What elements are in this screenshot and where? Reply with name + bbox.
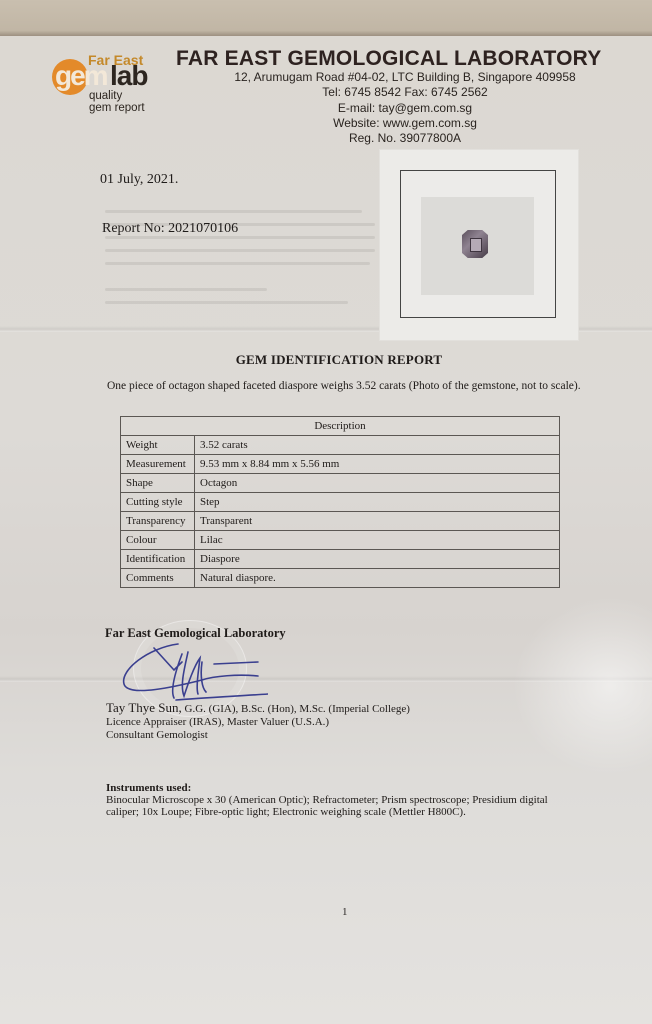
row-label: Measurement	[121, 455, 195, 474]
row-label: Identification	[121, 550, 195, 569]
signer-licence: Licence Appraiser (IRAS), Master Valuer …	[106, 716, 410, 729]
lab-website: Website: www.gem.com.sg	[200, 116, 610, 131]
signature-organization: Far East Gemological Laboratory	[105, 626, 286, 641]
gemlab-logo: Far East gem lab quality gem report	[52, 52, 157, 122]
logo-gem: gem	[55, 62, 107, 90]
row-value: Natural diaspore.	[195, 569, 560, 588]
signature-icon	[118, 640, 268, 702]
gemstone-icon	[462, 230, 488, 258]
table-row: ColourLilac	[121, 531, 560, 550]
lab-reg-no: Reg. No. 39077800A	[200, 131, 610, 146]
row-label: Transparency	[121, 512, 195, 531]
photo-border	[400, 170, 556, 318]
logo-lab: lab	[110, 62, 147, 90]
lab-name: FAR EAST GEMOLOGICAL LABORATORY	[176, 47, 621, 71]
page-number: 1	[342, 906, 348, 918]
signer-name: Tay Thye Sun,	[106, 700, 182, 715]
row-value: Lilac	[195, 531, 560, 550]
logo-tagline: quality gem report	[89, 90, 145, 114]
light-glare	[512, 596, 652, 776]
table-row: Weight3.52 carats	[121, 436, 560, 455]
table-row: IdentificationDiaspore	[121, 550, 560, 569]
instruments-label: Instruments used:	[106, 782, 566, 794]
row-label: Weight	[121, 436, 195, 455]
lab-address: 12, Arumugam Road #04-02, LTC Building B…	[200, 70, 610, 85]
table-row: CommentsNatural diaspore.	[121, 569, 560, 588]
signer-block: Tay Thye Sun, G.G. (GIA), B.Sc. (Hon), M…	[106, 701, 410, 742]
instruments-text: Binocular Microscope x 30 (American Opti…	[106, 794, 566, 818]
row-label: Colour	[121, 531, 195, 550]
table-row: ShapeOctagon	[121, 474, 560, 493]
report-intro: One piece of octagon shaped faceted dias…	[107, 379, 587, 393]
signer-title: Consultant Gemologist	[106, 729, 410, 742]
lab-email: E-mail: tay@gem.com.sg	[200, 101, 610, 116]
row-label: Cutting style	[121, 493, 195, 512]
logo-tagline-1: quality	[89, 90, 145, 102]
table-header: Description	[121, 417, 560, 436]
row-value: Diaspore	[195, 550, 560, 569]
table-row: Cutting styleStep	[121, 493, 560, 512]
logo-tagline-2: gem report	[89, 102, 145, 114]
signer-credentials: G.G. (GIA), B.Sc. (Hon), M.Sc. (Imperial…	[182, 703, 410, 715]
description-table: Description Weight3.52 carats Measuremen…	[120, 416, 560, 588]
background-wall	[0, 0, 652, 38]
gemstone-photo	[380, 150, 578, 340]
row-label: Comments	[121, 569, 195, 588]
row-value: 9.53 mm x 8.84 mm x 5.56 mm	[195, 455, 560, 474]
row-value: 3.52 carats	[195, 436, 560, 455]
report-date: 01 July, 2021.	[100, 172, 178, 188]
lab-contact-info: 12, Arumugam Road #04-02, LTC Building B…	[200, 70, 610, 146]
report-title: GEM IDENTIFICATION REPORT	[0, 352, 652, 368]
instruments-section: Instruments used: Binocular Microscope x…	[106, 782, 566, 818]
row-value: Step	[195, 493, 560, 512]
row-value: Transparent	[195, 512, 560, 531]
table-row: Measurement9.53 mm x 8.84 mm x 5.56 mm	[121, 455, 560, 474]
row-value: Octagon	[195, 474, 560, 493]
table-row: TransparencyTransparent	[121, 512, 560, 531]
row-label: Shape	[121, 474, 195, 493]
lab-phone-fax: Tel: 6745 8542 Fax: 6745 2562	[200, 85, 610, 100]
photo-background	[421, 197, 534, 295]
report-number: Report No: 2021070106	[102, 221, 238, 237]
